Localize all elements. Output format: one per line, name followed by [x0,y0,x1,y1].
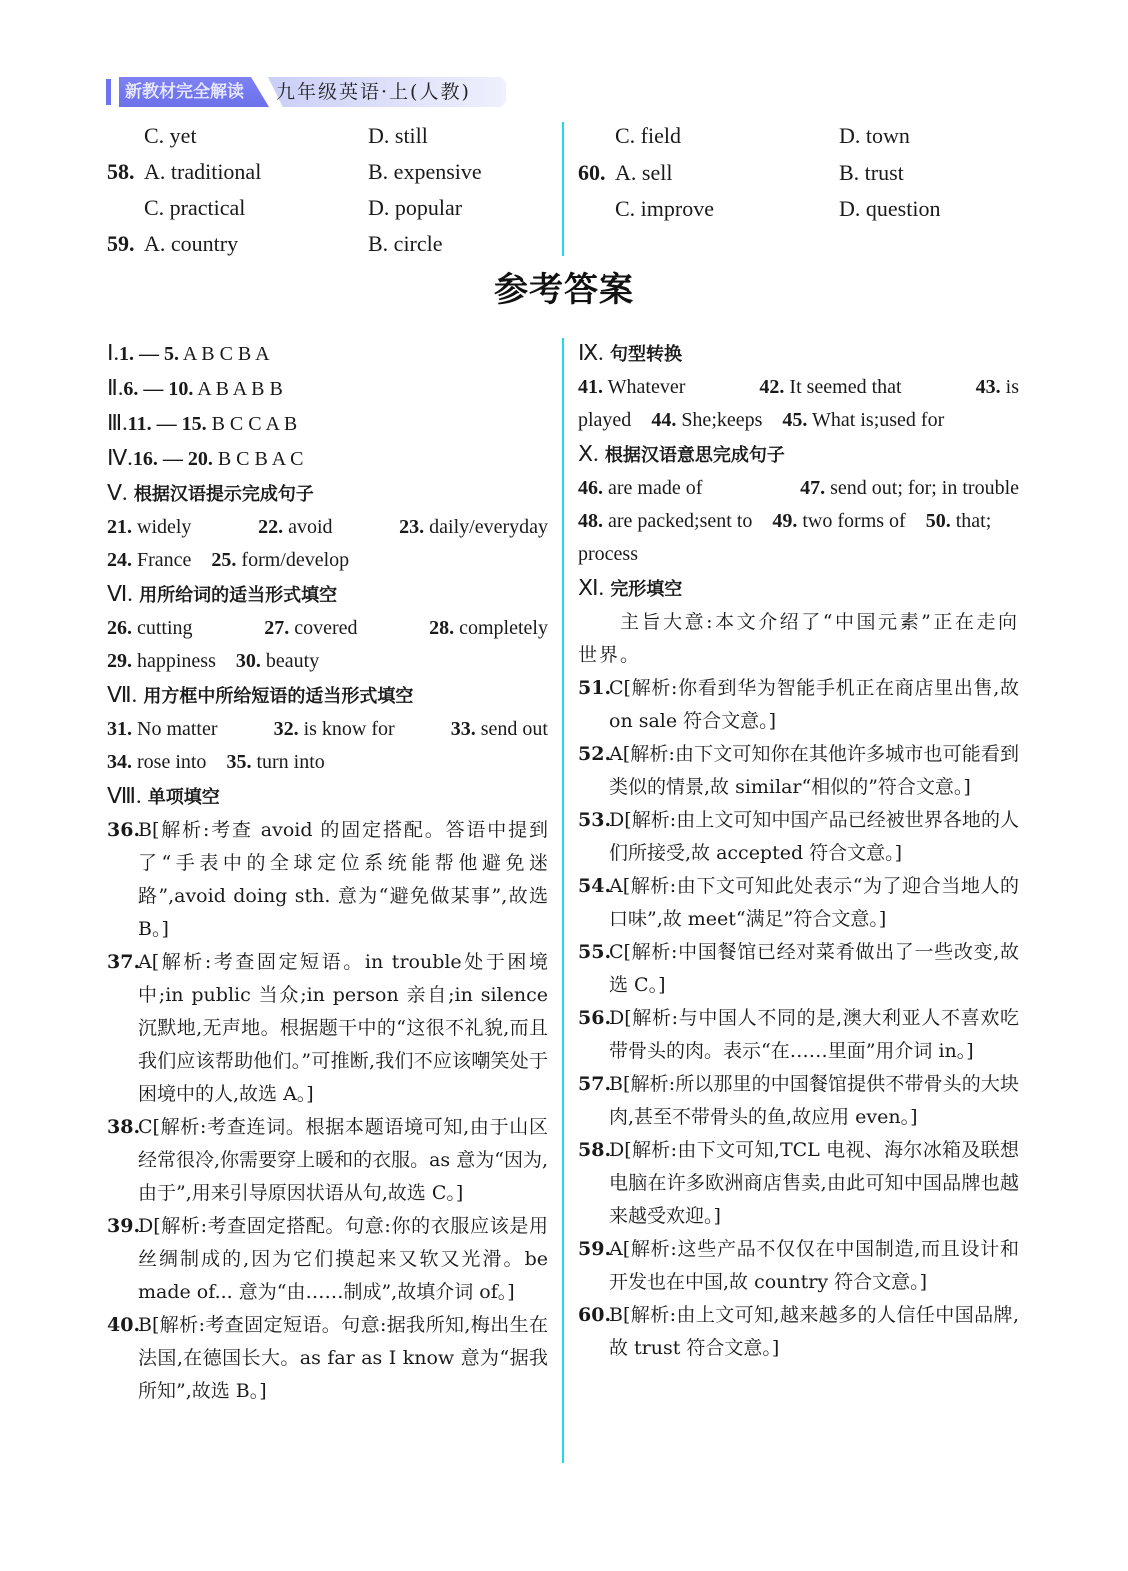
q58-number: 58. [107,154,135,190]
answers-right-column: Ⅸ. 句型转换 41. Whatever 42. It seemed that … [578,336,1019,1365]
answer-54-explanation: 54.A[解析:由下文可知此处表示“为了迎合当地人的口味”,故 meet“满足”… [578,870,1019,936]
answers-26-28: 26. cutting 27. covered 28. completely [107,612,548,645]
answers-41-43: 41. Whatever 42. It seemed that 43. is [578,371,1019,404]
answers-31-33: 31. No matter 32. is know for 33. send o… [107,713,548,746]
q57-option-d: D. still [368,118,428,154]
answer-56-explanation: 56.D[解析:与中国人不同的是,澳大利亚人不喜欢吃带骨头的肉。表示“在……里面… [578,1002,1019,1068]
answers-29-30: 29. happiness 30. beauty [107,645,548,678]
q60-option-b: B. trust [839,155,904,191]
q58-option-d: D. popular [368,190,462,226]
q59-number: 59. [107,226,135,262]
answers-heading: 参考答案 [0,262,1128,311]
section-8-heading: Ⅷ. 单项填空 [107,779,548,814]
section-7-heading: Ⅶ. 用方框中所给短语的适当形式填空 [107,678,548,713]
answer-57-explanation: 57.B[解析:所以那里的中国餐馆提供不带骨头的大块肉,甚至不带骨头的鱼,故应用… [578,1068,1019,1134]
section-6-heading: Ⅵ. 用所给词的适当形式填空 [107,577,548,612]
section-10-heading: Ⅹ. 根据汉语意思完成句子 [578,437,1019,472]
answers-34-35: 34. rose into 35. turn into [107,746,548,779]
answer-39-explanation: 39.D[解析:考查固定搭配。句意:你的衣服应该是用丝绸制成的,因为它们摸起来又… [107,1210,548,1309]
answer-36-explanation: 36.B[解析:考查 avoid 的固定搭配。答语中提到了“手表中的全球定位系统… [107,814,548,946]
answer-40-explanation: 40.B[解析:考查固定短语。句意:据我所知,梅出生在法国,在德国长大。as f… [107,1309,548,1408]
answers-43-45: played 44. She;keeps 45. What is;used fo… [578,404,1019,437]
answer-55-explanation: 55.C[解析:中国餐馆已经对菜肴做出了一些改变,故选 C。] [578,936,1019,1002]
q58-option-c: C. practical [144,190,245,226]
column-divider-top [562,122,564,256]
section-4-answers: Ⅳ.16. — 20. B C B A C [107,441,548,476]
q57-option-c: C. yet [144,118,197,154]
q58-option-b: B. expensive [368,154,482,190]
series-badge: 新教材完全解读 [119,77,269,107]
section-3-answers: Ⅲ.11. — 15. B C C A B [107,406,548,441]
section-2-answers: Ⅱ.6. — 10. A B A B B [107,371,548,406]
answers-46-47: 46. are made of 47. send out; for; in tr… [578,472,1019,505]
section-9-heading: Ⅸ. 句型转换 [578,336,1019,371]
section-1-answers: Ⅰ.1. — 5. A B C B A [107,336,548,371]
page-header: 新教材完全解读 九年级英语·上(人教) [106,77,506,107]
answer-37-explanation: 37.A[解析:考查固定短语。in trouble处于困境中;in public… [107,946,548,1111]
answer-52-explanation: 52.A[解析:由下文可知你在其他许多城市也可能看到类似的情景,故 simila… [578,738,1019,804]
q59-option-d: D. town [839,118,910,154]
q59-option-c: C. field [615,118,681,154]
answers-48-50: 48. are packed;sent to 49. two forms of … [578,505,1019,538]
answer-59-explanation: 59.A[解析:这些产品不仅仅在中国制造,而且设计和开发也在中国,故 count… [578,1233,1019,1299]
answers-24-25: 24. France 25. form/develop [107,544,548,577]
column-divider-main [562,338,564,1463]
q59-option-b: B. circle [368,226,443,262]
answer-58-explanation: 58.D[解析:由下文可知,TCL 电视、海尔冰箱及联想电脑在许多欧洲商店售卖,… [578,1134,1019,1233]
q60-number: 60. [578,155,606,191]
answer-50-continuation: process [578,538,1019,571]
q60-option-a: A. sell [615,155,672,191]
q58-option-a: A. traditional [144,154,261,190]
q59-option-a: A. country [144,226,238,262]
q60-option-c: C. improve [615,191,714,227]
section-11-heading: Ⅺ. 完形填空 [578,571,1019,606]
answer-51-explanation: 51.C[解析:你看到华为智能手机正在商店里出售,故 on sale 符合文意。… [578,672,1019,738]
answer-38-explanation: 38.C[解析:考查连词。根据本题语境可知,由于山区经常很冷,你需要穿上暖和的衣… [107,1111,548,1210]
section-5-heading: Ⅴ. 根据汉语提示完成句子 [107,476,548,511]
q60-option-d: D. question [839,191,940,227]
header-accent-bar [106,79,111,105]
answers-21-23: 21. widely 22. avoid 23. daily/everyday [107,511,548,544]
answer-60-explanation: 60.B[解析:由上文可知,越来越多的人信任中国品牌,故 trust 符合文意。… [578,1299,1019,1365]
book-title: 九年级英语·上(人教) [276,77,471,107]
answer-53-explanation: 53.D[解析:由上文可知中国产品已经被世界各地的人们所接受,故 accepte… [578,804,1019,870]
passage-summary: 主旨大意:本文介绍了“中国元素”正在走向世界。 [578,606,1019,672]
answers-left-column: Ⅰ.1. — 5. A B C B A Ⅱ.6. — 10. A B A B B… [107,336,548,1408]
